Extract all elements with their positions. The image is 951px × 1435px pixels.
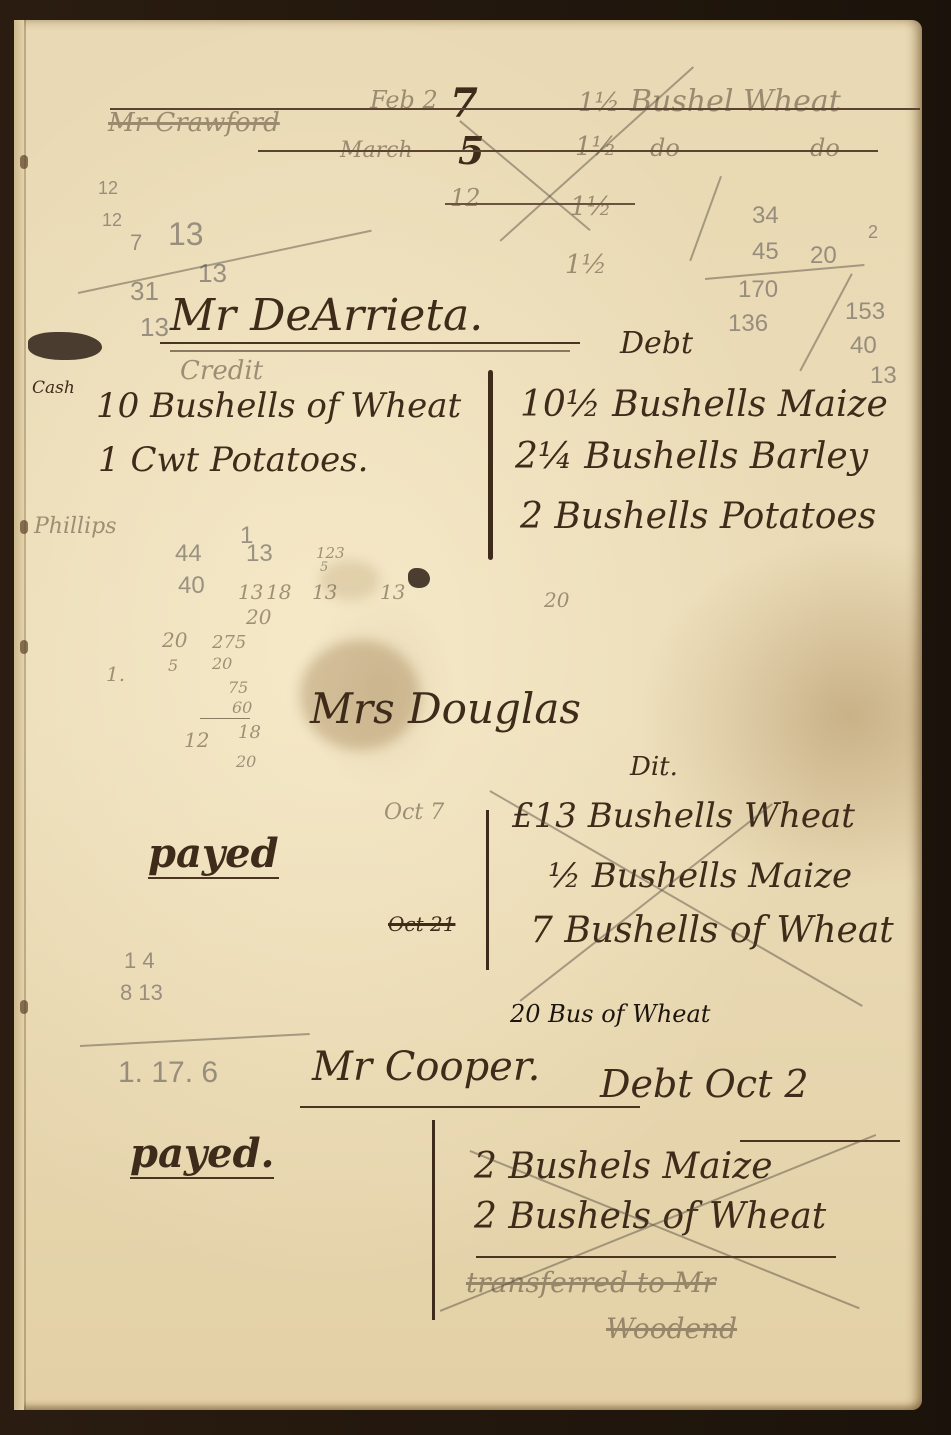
scratch-number: 13 <box>238 580 263 604</box>
arrieta-name: Mr DeArrieta. <box>170 290 483 341</box>
pencil-number: 34 <box>752 202 779 230</box>
pencil-number: 2 <box>868 222 878 243</box>
tally-line: 1 4 <box>124 948 155 974</box>
crawford-qty-3: 12 <box>450 184 481 212</box>
crawford-qty-1: 7 <box>450 80 478 127</box>
cooper-paid-status: payed. <box>130 1130 274 1179</box>
pencil-number: 12 <box>102 210 122 231</box>
margin-note-cash: Cash <box>32 378 75 398</box>
cooper-name: Mr Cooper. <box>312 1044 540 1090</box>
pencil-number: 136 <box>728 310 768 338</box>
crawford-item-1: Bushel Wheat <box>630 84 841 119</box>
scratch-number: 20 <box>236 752 256 771</box>
pencil-number: 153 <box>845 298 885 326</box>
scratch-number: 40 <box>178 572 205 600</box>
crawford-item-2: do <box>650 134 680 162</box>
crawford-strike-1 <box>110 108 920 110</box>
scratch-number: 13 <box>380 580 405 604</box>
douglas-paid-status: payed <box>148 830 279 879</box>
pencil-number: 12 <box>98 178 118 199</box>
crawford-name: Mr Crawford <box>108 108 280 138</box>
douglas-side-note: Oct 7 <box>384 800 444 825</box>
pencil-number: 13 <box>168 216 204 253</box>
pencil-number: 13 <box>140 312 169 343</box>
debt-item: 2 Bushells Potatoes <box>520 496 876 537</box>
pencil-number: 45 <box>752 238 779 266</box>
pencil-number: 7 <box>130 230 142 256</box>
credit-debt-divider <box>488 370 493 560</box>
scratch-number: 44 <box>175 540 202 568</box>
margin-note-phillips: Phillips <box>34 514 117 539</box>
pencil-number: 40 <box>850 332 877 360</box>
debt-header: Debt <box>620 326 693 361</box>
scratch-number: 275 <box>212 632 246 653</box>
pencil-number: 170 <box>738 276 778 304</box>
douglas-side-note: Oct 21 <box>388 912 455 936</box>
cooper-header: Debt Oct 2 <box>600 1062 809 1106</box>
douglas-item: £13 Bushells Wheat <box>512 796 855 836</box>
scratch-number: 5 <box>320 560 328 575</box>
douglas-divider <box>486 810 489 970</box>
cooper-item: 2 Bushels Maize <box>474 1146 773 1187</box>
scratch-number: 75 <box>228 678 248 697</box>
binding-stitch <box>20 155 28 169</box>
scratch-rule <box>200 718 250 719</box>
page-gutter <box>14 20 24 1410</box>
scratch-number: 13 <box>246 540 273 568</box>
cooper-items-underline <box>476 1256 836 1258</box>
binding-stitch <box>20 1000 28 1014</box>
debt-item: 10½ Bushells Maize <box>520 384 888 425</box>
scratch-number: 18 <box>266 580 291 604</box>
crawford-amount-4: 1½ <box>565 250 607 280</box>
cooper-item: 2 Bushels of Wheat <box>474 1196 826 1237</box>
scratch-number: 60 <box>232 698 252 717</box>
credit-header: Credit <box>180 356 263 386</box>
scratch-number: 20 <box>544 588 569 612</box>
cooper-divider <box>432 1120 435 1320</box>
scratch-number: 13 <box>312 580 337 604</box>
scratch-number: 12 <box>184 728 209 752</box>
cooper-header-underline <box>740 1140 900 1142</box>
ink-blot <box>408 568 430 588</box>
credit-item: 1 Cwt Potatoes. <box>98 440 368 480</box>
tally-total: 1. 17. 6 <box>118 1056 218 1090</box>
cooper-struck-note: transferred to Mr <box>466 1266 716 1299</box>
crawford-strike-2 <box>258 150 878 152</box>
ink-blot <box>28 332 102 360</box>
douglas-name: Mrs Douglas <box>310 684 581 733</box>
douglas-header: Dit. <box>630 752 678 782</box>
crawford-amount-1: 1½ <box>578 88 620 118</box>
binding-stitch <box>20 520 28 534</box>
arrieta-underline <box>160 342 580 344</box>
debt-item: 2¼ Bushells Barley <box>515 436 868 477</box>
arrieta-underline-2 <box>170 350 570 352</box>
scratch-number: 18 <box>238 722 261 743</box>
tally-line: 8 13 <box>120 980 163 1006</box>
binding-stitch <box>20 640 28 654</box>
douglas-extra: 20 Bus of Wheat <box>510 1000 710 1028</box>
crawford-amount-2: 1½ <box>575 132 617 162</box>
cooper-struck-note: Woodend <box>606 1312 737 1345</box>
scratch-number: 20 <box>162 628 187 652</box>
cooper-underline <box>300 1106 640 1108</box>
scratch-number: 20 <box>212 654 232 673</box>
douglas-item: ½ Bushells Maize <box>548 856 852 896</box>
spine-fold <box>24 20 26 1410</box>
crawford-item-2b: do <box>810 134 840 162</box>
margin-number: 1. <box>106 662 125 686</box>
scratch-number: 20 <box>246 605 271 629</box>
douglas-item: 7 Bushells of Wheat <box>530 910 894 951</box>
scratch-number: 5 <box>168 656 178 675</box>
credit-item: 10 Bushells of Wheat <box>96 386 461 426</box>
